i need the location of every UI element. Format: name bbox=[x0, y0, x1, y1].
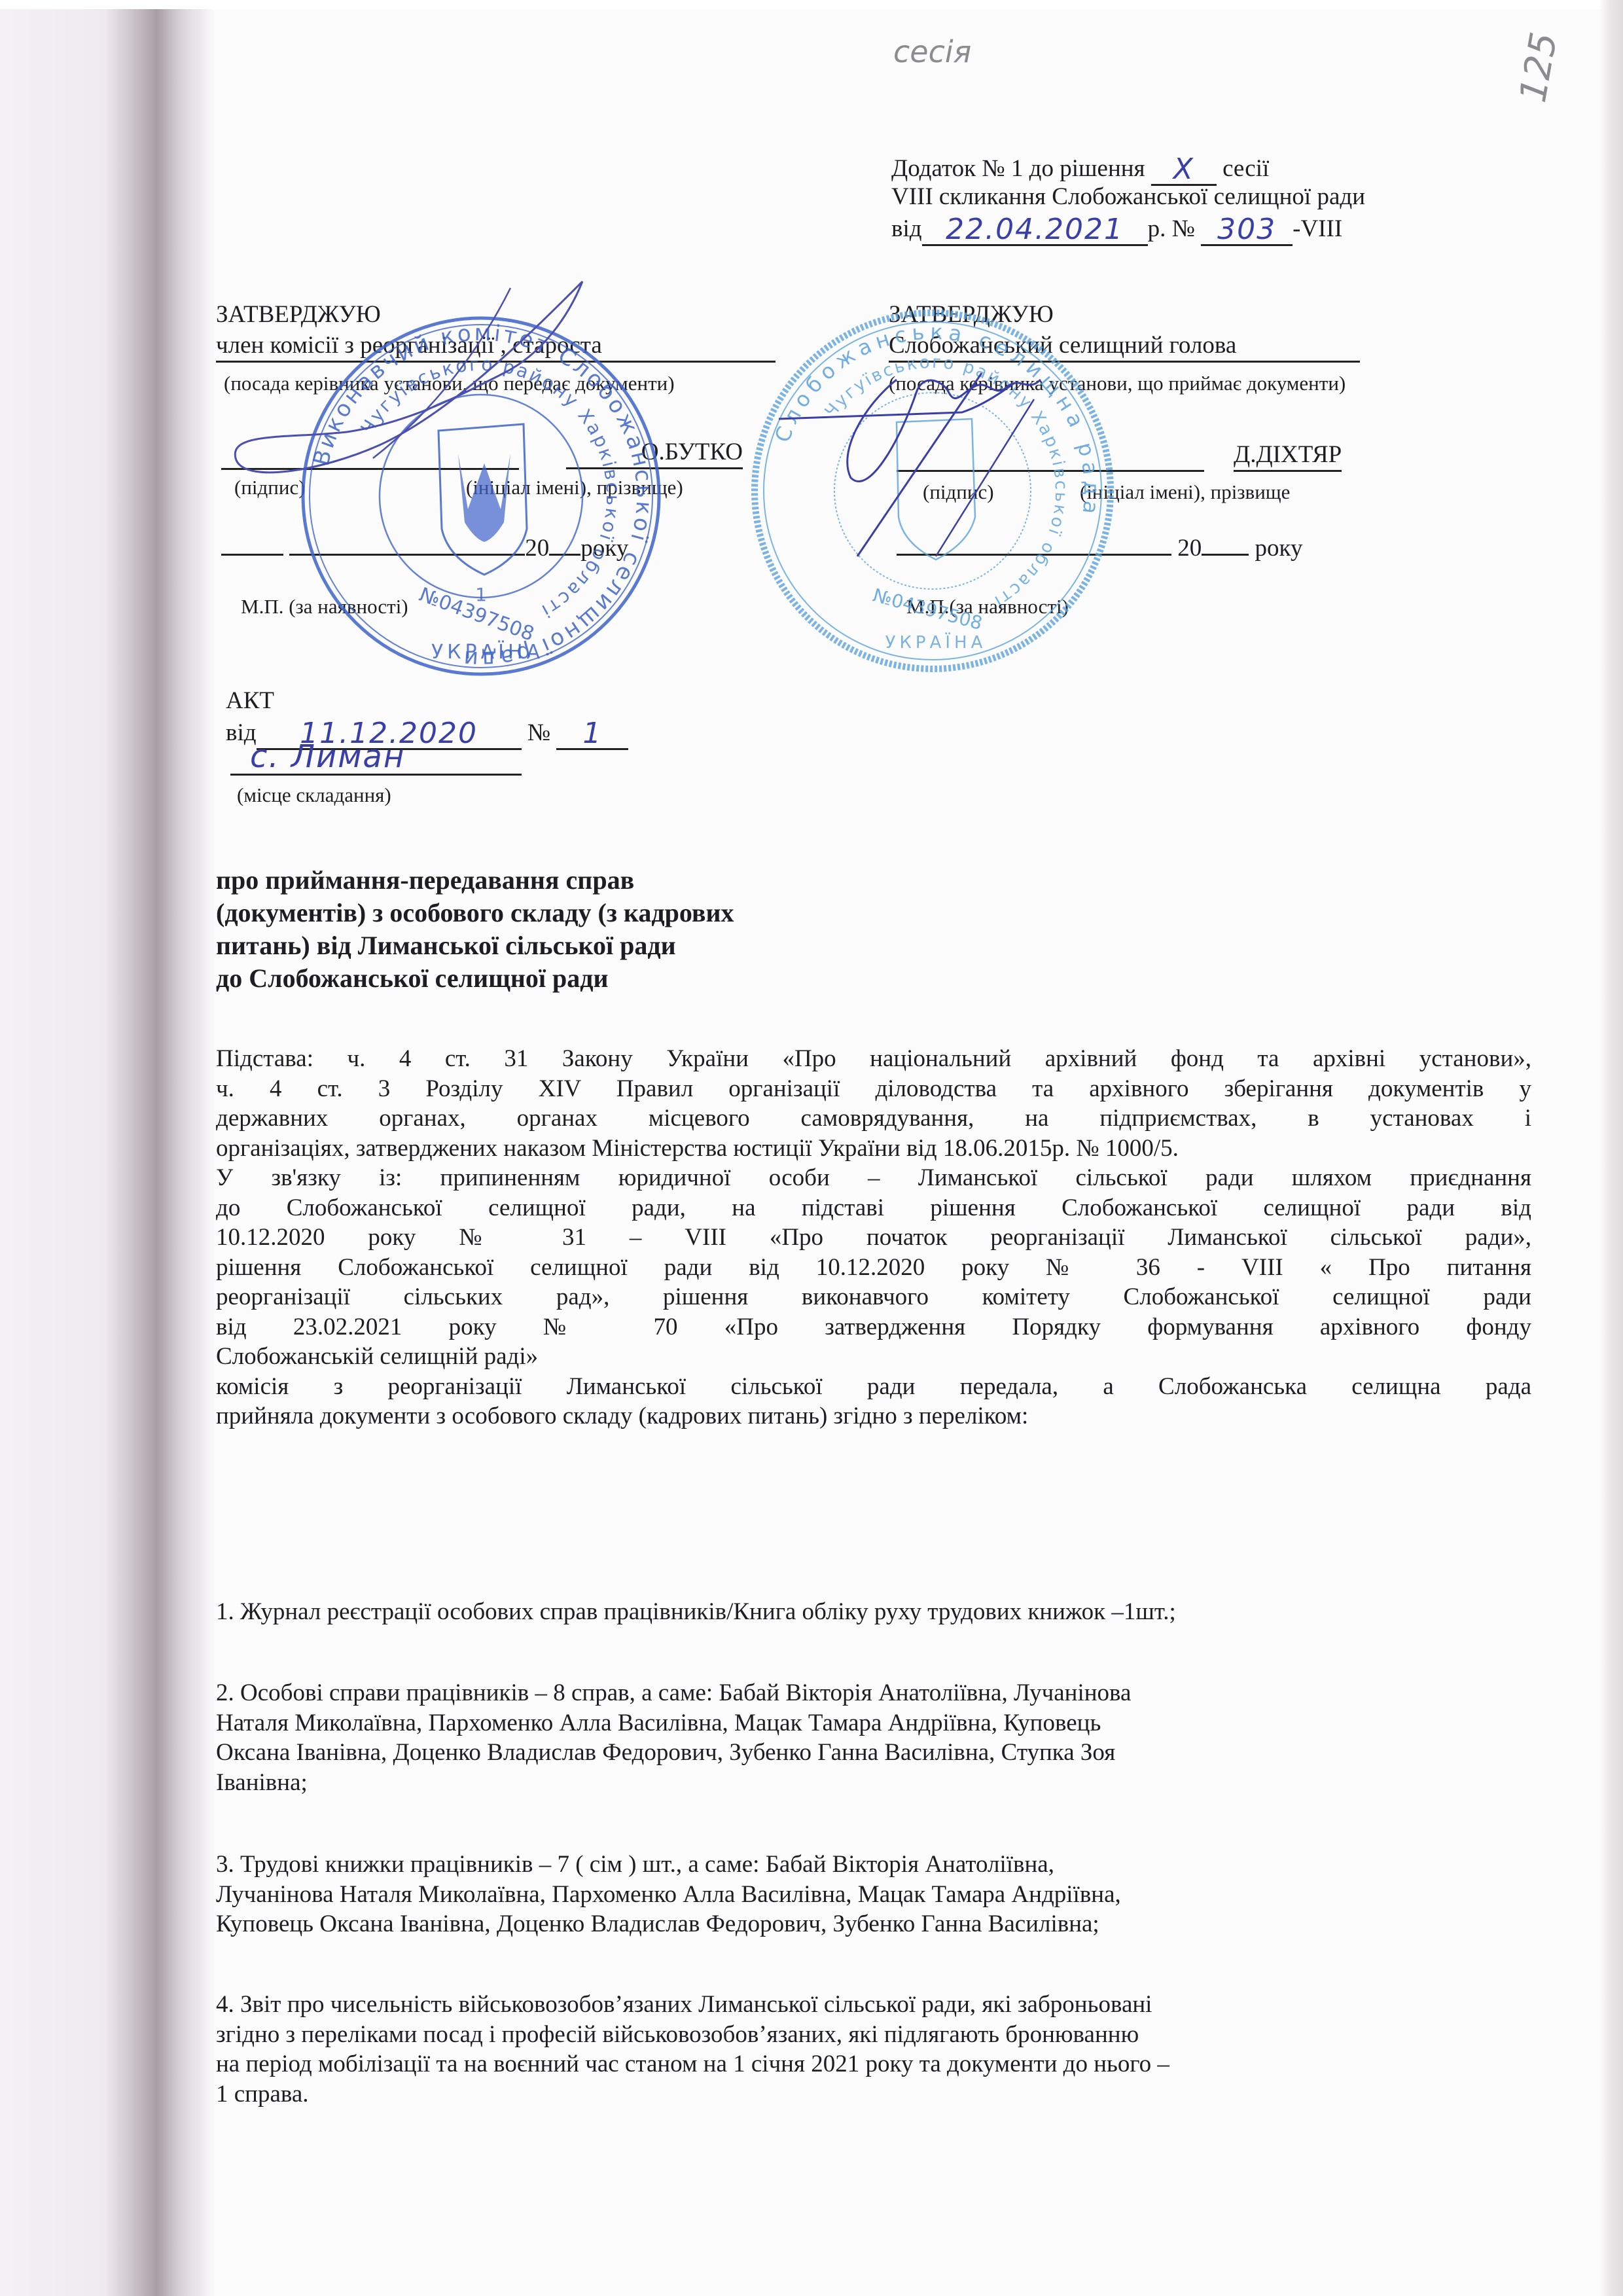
pencil-note: сесія bbox=[893, 34, 971, 69]
appendix-header-line2: VIII скликання Слобожанської селищної ра… bbox=[891, 182, 1365, 212]
signature-right bbox=[766, 367, 1067, 563]
scan-top-edge bbox=[0, 0, 1623, 9]
decision-number-field: 303 bbox=[1201, 212, 1293, 246]
list-item-4: 4. Звіт про чисельність військовозобов’я… bbox=[216, 1990, 1531, 2109]
svg-text:УКРАЇНА: УКРАЇНА bbox=[431, 640, 544, 664]
scan-right-edge bbox=[1599, 0, 1623, 2296]
act-place-field: с. Лиман bbox=[230, 746, 522, 776]
approval-right-name: Д.ДІХТЯР bbox=[1234, 440, 1342, 472]
decision-date-field: 22.04.2021 bbox=[922, 212, 1148, 246]
act-heading: АКТ bbox=[226, 686, 274, 716]
list-item-1: 1. Журнал реєстрації особових справ прац… bbox=[216, 1597, 1531, 1627]
basis-paragraph: Підстава: ч. 4 ст. 31 Закону України «Пр… bbox=[216, 1044, 1531, 1431]
act-number-field: 1 bbox=[556, 716, 628, 750]
scan-spine-shadow bbox=[0, 0, 216, 2296]
list-item-2: 2. Особові справи працівників – 8 справ,… bbox=[216, 1678, 1531, 1797]
svg-text:№04397508: №04397508 bbox=[870, 584, 984, 634]
list-item-3: 3. Трудові книжки працівників – 7 ( сім … bbox=[216, 1850, 1531, 1939]
act-subject: про приймання-передавання справ (докумен… bbox=[216, 864, 734, 995]
signature-left bbox=[216, 275, 609, 484]
appendix-header-line1: Додаток № 1 до рішення X сесії bbox=[891, 152, 1269, 186]
act-place-caption: (місце складання) bbox=[237, 783, 391, 808]
svg-text:1: 1 bbox=[475, 584, 487, 605]
appendix-header-line3: від22.04.2021р. № 303-VIII bbox=[891, 212, 1342, 246]
session-number-field: X bbox=[1151, 152, 1217, 186]
svg-text:УКРАЇНА: УКРАЇНА bbox=[885, 632, 987, 653]
page-number: 125 bbox=[1512, 29, 1566, 106]
